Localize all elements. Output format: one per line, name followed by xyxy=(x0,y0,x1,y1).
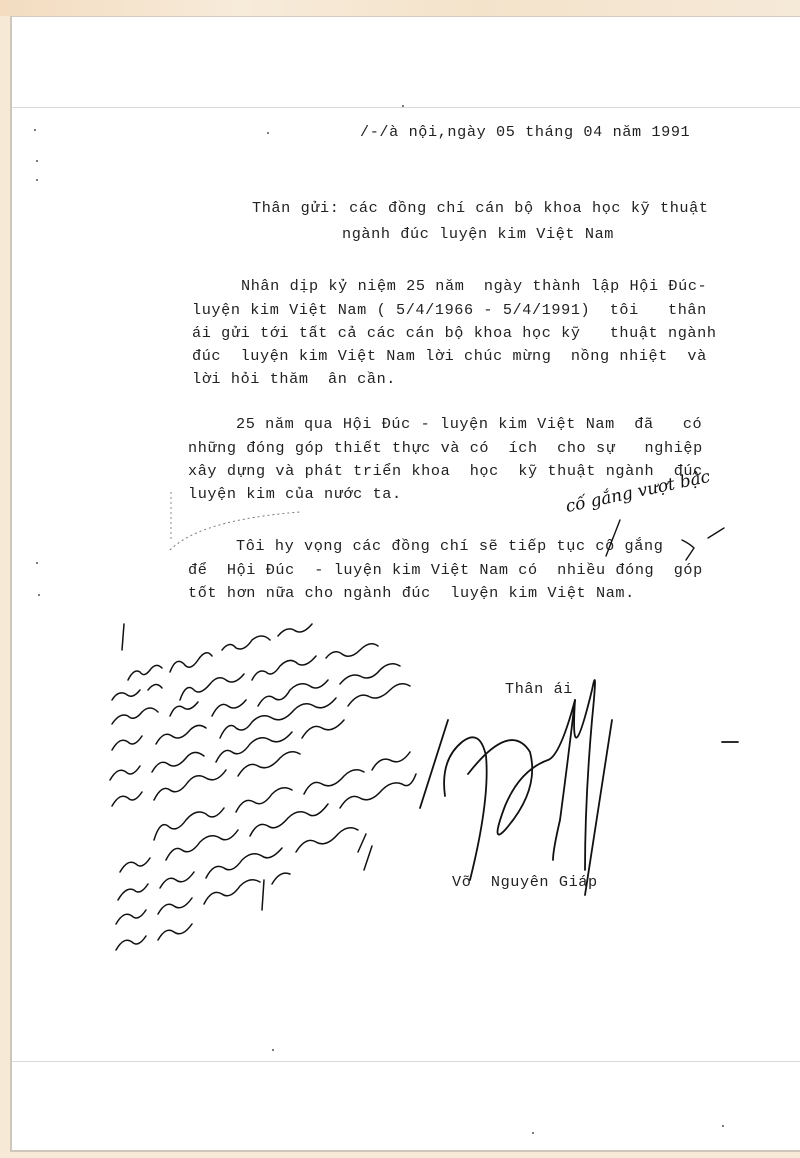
paragraph-3-line: Tôi hy vọng các đồng chí sẽ tiếp tục cố … xyxy=(236,539,663,554)
salutation-line-2: ngành đúc luyện kim Việt Nam xyxy=(342,227,614,242)
paragraph-3-line: để Hội Đúc - luyện kim Việt Nam có nhiều… xyxy=(188,563,703,578)
scan-speck xyxy=(38,594,40,596)
scan-speck xyxy=(36,562,38,564)
paragraph-2-line: xây dựng và phát triển khoa học kỹ thuật… xyxy=(188,464,703,479)
paragraph-1-line: Nhân dịp kỷ niệm 25 năm ngày thành lập H… xyxy=(241,279,707,294)
scan-speck xyxy=(267,132,269,134)
paragraph-1-line: đúc luyện kim Việt Nam lời chúc mừng nồn… xyxy=(192,349,707,364)
closing-text: Thân ái xyxy=(505,682,573,697)
scan-speck xyxy=(34,129,36,131)
paragraph-1-line: ái gửi tới tất cả các cán bộ khoa học kỹ… xyxy=(192,326,717,341)
salutation-line-1: Thân gửi: các đồng chí cán bộ khoa học k… xyxy=(252,201,709,216)
scan-speck xyxy=(722,1125,724,1127)
scan-background-edge xyxy=(0,0,800,16)
scan-speck xyxy=(532,1132,534,1134)
paragraph-2-line: những đóng góp thiết thực và có ích cho … xyxy=(188,441,703,456)
scan-rule-bottom xyxy=(12,1061,800,1062)
date-line: /-/à nội,ngày 05 tháng 04 năm 1991 xyxy=(360,125,690,140)
scan-speck xyxy=(272,1049,274,1051)
signatory-name: Võ Nguyên Giáp xyxy=(452,875,598,890)
paragraph-2-line: 25 năm qua Hội Đúc - luyện kim Việt Nam … xyxy=(236,417,702,432)
paragraph-1-line: luyện kim Việt Nam ( 5/4/1966 - 5/4/1991… xyxy=(192,303,707,318)
scan-speck xyxy=(36,179,38,181)
paragraph-3-line: tốt hơn nữa cho ngành đúc luyện kim Việt… xyxy=(188,586,635,601)
scan-rule-top xyxy=(12,107,800,108)
letter-page: /-/à nội,ngày 05 tháng 04 năm 1991 Thân … xyxy=(10,16,800,1152)
scan-speck xyxy=(402,105,404,107)
scan-speck xyxy=(36,160,38,162)
paragraph-1-line: lời hỏi thăm ân cần. xyxy=(192,372,396,387)
paragraph-2-line: luyện kim của nước ta. xyxy=(188,487,402,502)
